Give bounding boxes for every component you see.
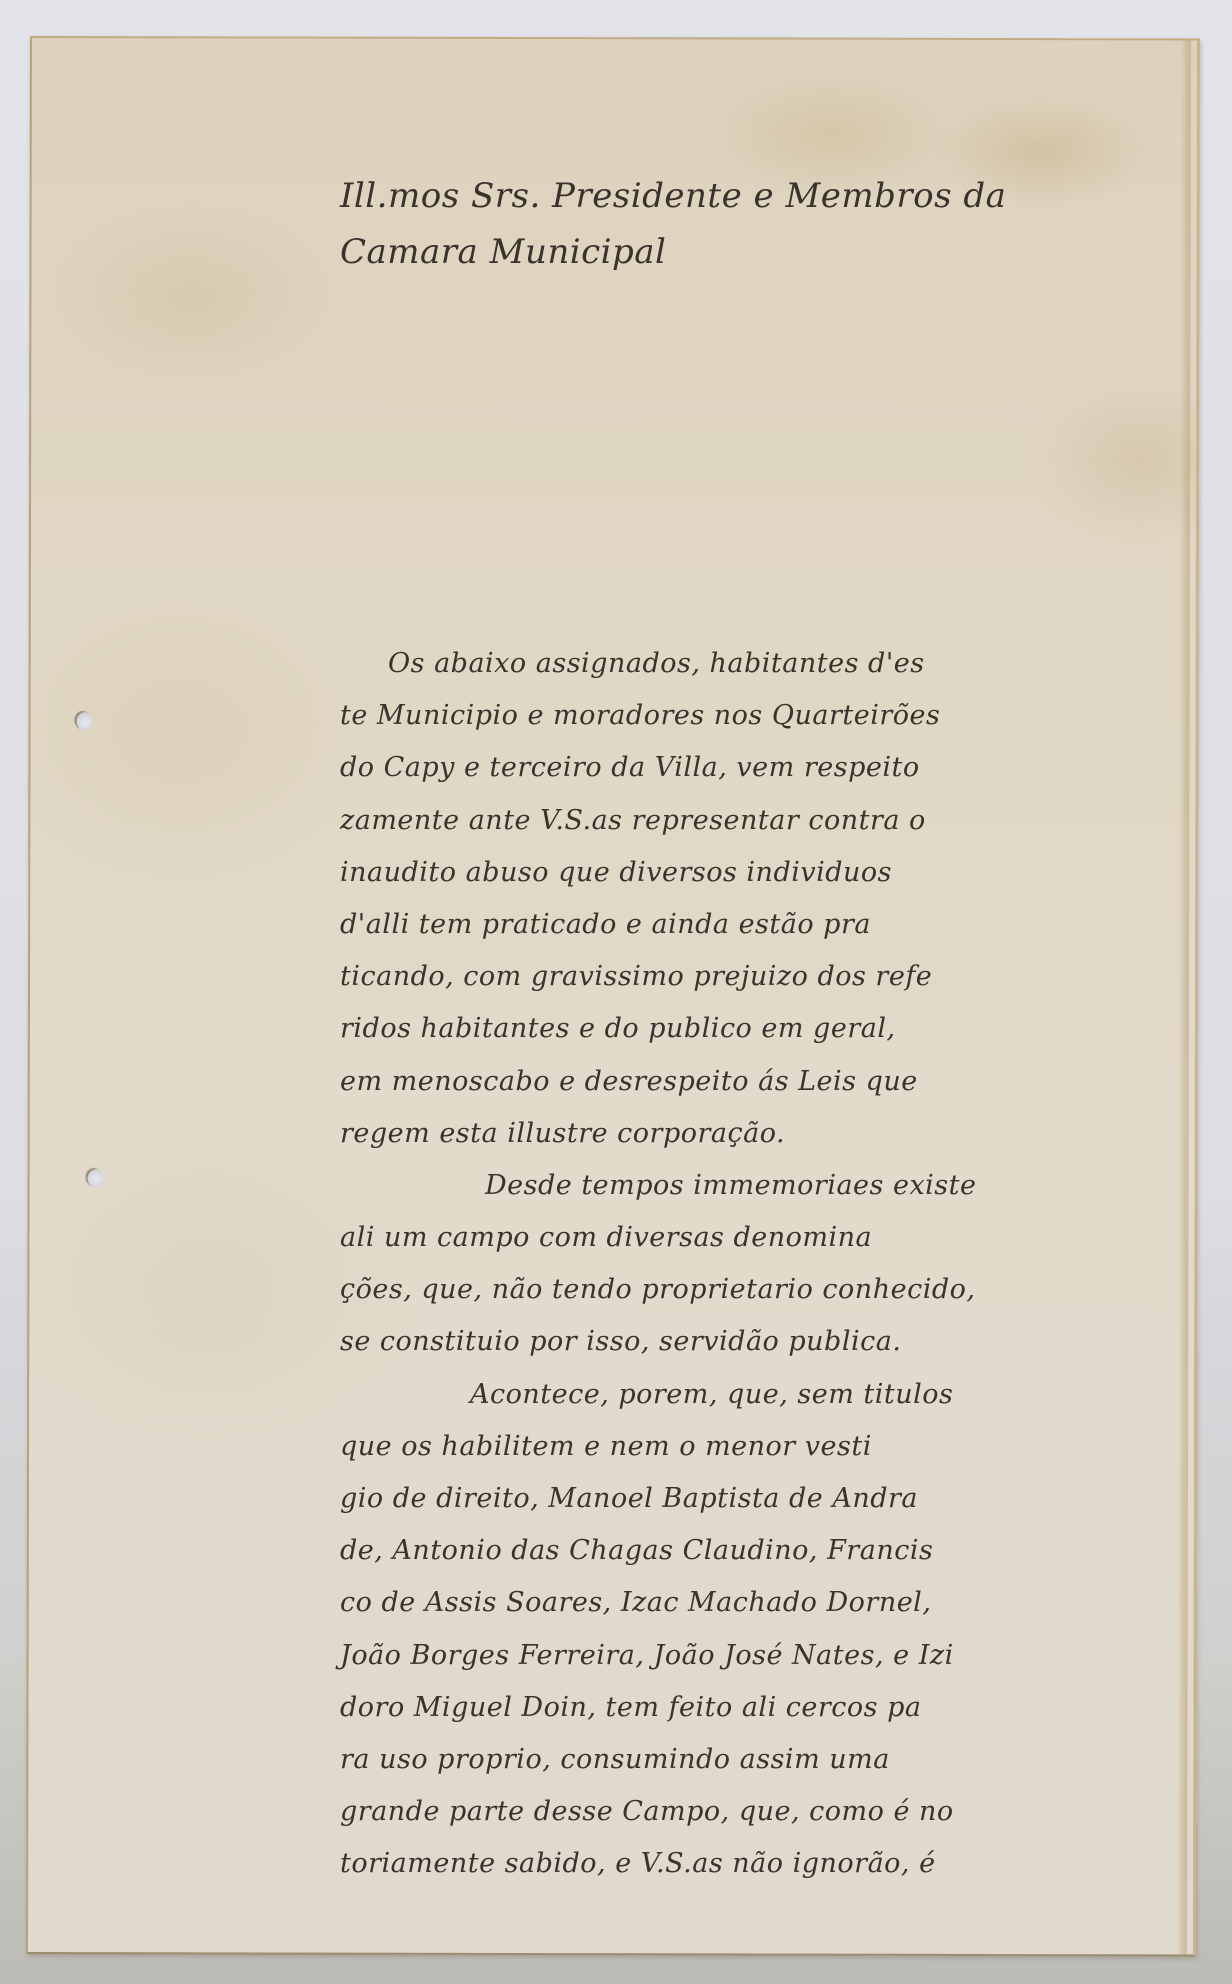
paragraph-3-line: gio de direito, Manoel Baptista de Andra <box>340 1473 1190 1525</box>
petition-body: Os abaixo assignados, habitantes d'es te… <box>340 638 1190 1891</box>
salutation-line: Camara Municipal <box>340 224 1180 280</box>
paragraph-2-line: Desde tempos immemoriaes existe <box>340 1160 1190 1212</box>
paragraph-1-line: do Capy e terceiro da Villa, vem respeit… <box>340 742 1190 794</box>
paragraph-1-line: em menoscabo e desrespeito ás Leis que <box>340 1056 1190 1108</box>
paragraph-1-line: inaudito abuso que diversos individuos <box>340 847 1190 899</box>
paragraph-1-line: ridos habitantes e do publico em geral, <box>340 1003 1190 1055</box>
paragraph-3-line: doro Miguel Doin, tem feito ali cercos p… <box>340 1682 1190 1734</box>
paragraph-2-line: se constituio por isso, servidão publica… <box>340 1316 1190 1368</box>
paragraph-3-line: ra uso proprio, consumindo assim uma <box>340 1734 1190 1786</box>
paragraph-3-line: João Borges Ferreira, João José Nates, e… <box>340 1630 1190 1682</box>
paragraph-1-line: regem esta illustre corporação. <box>340 1108 1190 1160</box>
punch-hole-bottom <box>88 1169 104 1187</box>
paragraph-3-line: que os habilitem e nem o menor vesti <box>340 1421 1190 1473</box>
punch-hole-top <box>77 712 93 730</box>
paragraph-2-line: ções, que, não tendo proprietario conhec… <box>340 1264 1190 1316</box>
paragraph-1-line: zamente ante V.S.as representar contra o <box>340 795 1190 847</box>
salutation-line: Ill.mos Srs. Presidente e Membros da <box>340 168 1180 224</box>
paragraph-2-line: ali um campo com diversas denomina <box>340 1212 1190 1264</box>
paragraph-3-line: toriamente sabido, e V.S.as não ignorão,… <box>340 1838 1190 1890</box>
paragraph-1-line: ticando, com gravissimo prejuizo dos ref… <box>340 951 1190 1003</box>
paragraph-1-line: Os abaixo assignados, habitantes d'es <box>340 638 1190 690</box>
paragraph-3-line: de, Antonio das Chagas Claudino, Francis <box>340 1525 1190 1577</box>
paragraph-3-line: grande parte desse Campo, que, como é no <box>340 1786 1190 1838</box>
paragraph-3-line: co de Assis Soares, Izac Machado Dornel, <box>340 1577 1190 1629</box>
salutation: Ill.mos Srs. Presidente e Membros da Cam… <box>340 168 1180 280</box>
paragraph-3-line: Acontece, porem, que, sem titulos <box>340 1369 1190 1421</box>
paragraph-1-line: te Municipio e moradores nos Quarteirões <box>340 690 1190 742</box>
paragraph-1-line: d'alli tem praticado e ainda estão pra <box>340 899 1190 951</box>
